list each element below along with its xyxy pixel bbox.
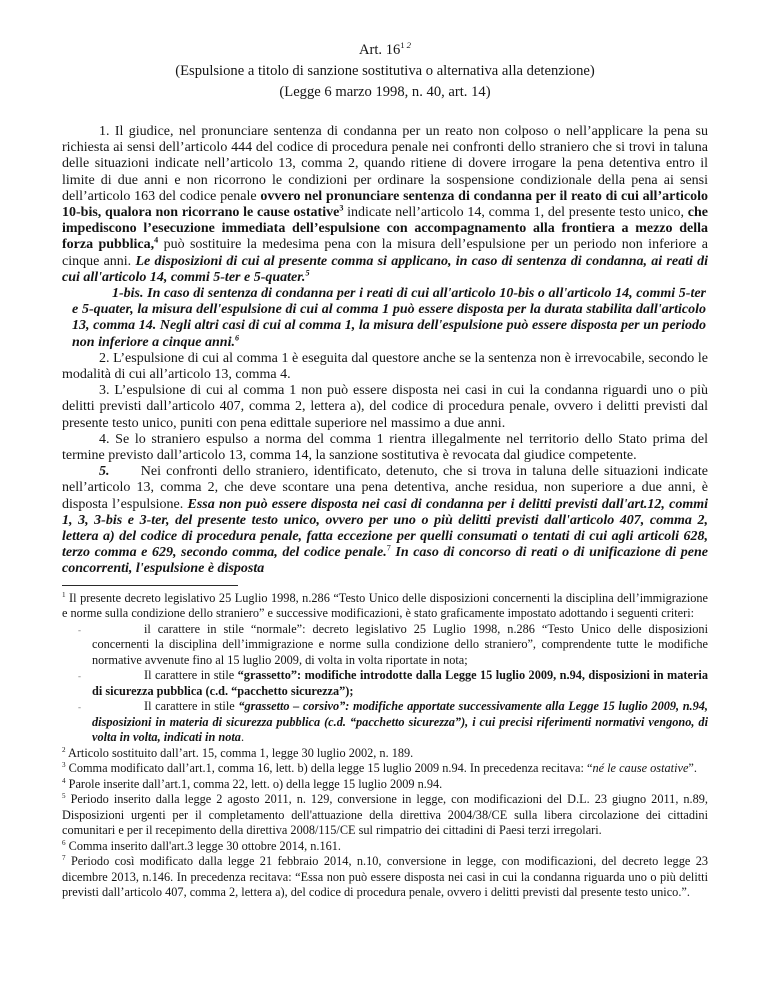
title-block: Art. 1612 (Espulsione a titolo di sanzio…: [62, 40, 708, 103]
paragraph-comma-5: 5. Nei confronti dello straniero, identi…: [62, 464, 708, 577]
footnote-separator: [62, 585, 238, 586]
law-reference: (Legge 6 marzo 1998, n. 40, art. 14): [62, 82, 708, 103]
article-body: 1. Il giudice, nel pronunciare sentenza …: [62, 124, 708, 578]
footnote-7: 7 Periodo così modificato dalla legge 21…: [62, 854, 708, 901]
article-number: Art. 1612: [62, 40, 708, 61]
footnote-6: 6 Comma inserito dall'art.3 legge 30 ott…: [62, 839, 708, 855]
list-dash-marker: -: [78, 669, 81, 685]
footnote-ref-1: 1: [400, 40, 404, 50]
list-dash-marker: -: [78, 700, 81, 716]
paragraph-comma-1: 1. Il giudice, nel pronunciare sentenza …: [62, 124, 708, 286]
paragraph-comma-2: 2. L’espulsione di cui al comma 1 è eseg…: [62, 351, 708, 383]
article-heading: (Espulsione a titolo di sanzione sostitu…: [62, 61, 708, 82]
footnote-2: 2 Articolo sostituito dall’art. 15, comm…: [62, 746, 708, 762]
document-page: Art. 1612 (Espulsione a titolo di sanzio…: [0, 0, 768, 994]
footnote-1-criterion-grassetto: -Il carattere in stile “grassetto”: modi…: [92, 668, 708, 699]
article-number-text: Art. 16: [359, 42, 400, 58]
footnote-5: 5 Periodo inserito dalla legge 2 agosto …: [62, 792, 708, 839]
paragraph-comma-3: 3. L’espulsione di cui al comma 1 non pu…: [62, 383, 708, 432]
paragraph-comma-4: 4. Se lo straniero espulso a norma del c…: [62, 432, 708, 464]
criterion-text: Il carattere in stile “grassetto”: modif…: [92, 668, 708, 698]
footnotes-block: 1 Il presente decreto legislativo 25 Lug…: [62, 591, 708, 901]
footnote-1-criterion-grassetto-corsivo: -Il carattere in stile “grassetto – cors…: [92, 699, 708, 746]
footnote-1: 1 Il presente decreto legislativo 25 Lug…: [62, 591, 708, 622]
footnote-ref-2: 2: [407, 40, 411, 50]
criterion-text: il carattere in stile “normale”: decreto…: [92, 622, 708, 667]
footnote-1-criterion-normale: -il carattere in stile “normale”: decret…: [92, 622, 708, 669]
paragraph-comma-1bis: 1-bis. In caso di sentenza di condanna p…: [72, 286, 706, 351]
footnote-4: 4 Parole inserite dall’art.1, comma 22, …: [62, 777, 708, 793]
criterion-text: Il carattere in stile “grassetto – corsi…: [92, 699, 708, 744]
footnote-3: 3 Comma modificato dall’art.1, comma 16,…: [62, 761, 708, 777]
list-dash-marker: -: [78, 623, 81, 639]
